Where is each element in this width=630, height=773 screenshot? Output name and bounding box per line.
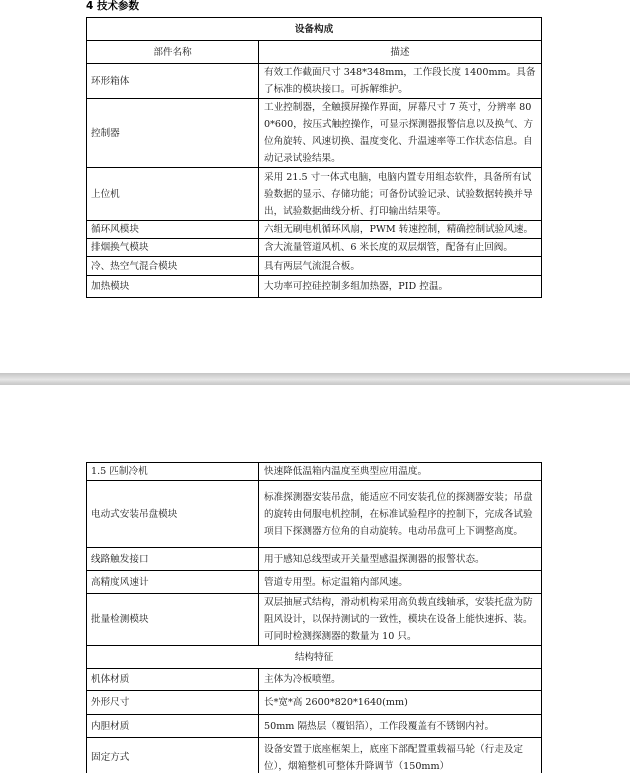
component-desc: 工业控制器，全触摸屏操作界面，屏幕尺寸 7 英寸，分辨率 800*600，按压式… [259,99,542,168]
component-desc: 含大流量管道风机、6 米长度的双层烟管，配备有止回阀。 [259,239,542,257]
table-row: 机体材质 主体为冷板喷塑。 [87,669,542,691]
component-name: 排烟换气模块 [87,239,259,257]
section-heading: 4 技术参数 [86,0,139,13]
feature-name: 固定方式 [87,738,259,773]
component-desc: 有效工作截面尺寸 348*348mm，工作段长度 1400mm。具备了标准的模块… [259,64,542,99]
component-desc: 采用 21.5 寸一体式电脑，电脑内置专用组态软件，具备所有试验数据的显示、存储… [259,168,542,221]
component-desc: 具有两层气流混合板。 [259,257,542,276]
page-separator [0,373,630,385]
table-row: 上位机 采用 21.5 寸一体式电脑，电脑内置专用组态软件，具备所有试验数据的显… [87,168,542,221]
table-row: 固定方式 设备安置于底座框架上，底座下部配置重载福马轮（行走及定位），烟箱整机可… [87,738,542,773]
feature-name: 机体材质 [87,669,259,691]
table-row: 冷、热空气混合模块 具有两层气流混合板。 [87,257,542,276]
table-row: 加热模块 大功率可控硅控制多组加热器，PID 控温。 [87,276,542,298]
column-header-row: 部件名称 描述 [87,41,542,64]
table-row: 控制器 工业控制器，全触摸屏操作界面，屏幕尺寸 7 英寸，分辨率 800*600… [87,99,542,168]
table-row: 环形箱体 有效工作截面尺寸 348*348mm，工作段长度 1400mm。具备了… [87,64,542,99]
component-name: 高精度风速计 [87,571,259,594]
table-row: 内胆材质 50mm 隔热层（覆铝箔），工作段覆盖有不锈钢内衬。 [87,715,542,738]
component-name: 加热模块 [87,276,259,298]
document-page-2: 1.5 匹制冷机 快速降低温箱内温度至典型应用温度。 电动式安装吊盘模块 标准探… [0,385,630,773]
column-header-desc: 描述 [259,41,542,64]
table-row: 1.5 匹制冷机 快速降低温箱内温度至典型应用温度。 [87,463,542,481]
table-row: 批量检测模块 双层抽屉式结构，滑动机构采用高负载直线轴承，安装托盘为防阻风设计，… [87,594,542,646]
component-name: 上位机 [87,168,259,221]
feature-name: 内胆材质 [87,715,259,738]
feature-desc: 设备安置于底座框架上，底座下部配置重载福马轮（行走及定位），烟箱整机可整体升降调… [259,738,542,773]
feature-desc: 50mm 隔热层（覆铝箔），工作段覆盖有不锈钢内衬。 [259,715,542,738]
component-desc: 双层抽屉式结构，滑动机构采用高负载直线轴承，安装托盘为防阻风设计，以保持测试的一… [259,594,542,646]
equipment-composition-table: 设备构成 部件名称 描述 环形箱体 有效工作截面尺寸 348*348mm，工作段… [86,17,542,298]
component-desc: 管道专用型。标定温箱内部风速。 [259,571,542,594]
component-name: 批量检测模块 [87,594,259,646]
structure-features-header: 结构特征 [87,646,542,669]
component-desc: 标准探测器安装吊盘，能适应不同安装孔位的探测器安装；吊盘的旋转由伺服电机控制，在… [259,481,542,548]
table-row: 线路触发接口 用于感知总线型或开关量型感温探测器的报警状态。 [87,548,542,571]
component-desc: 快速降低温箱内温度至典型应用温度。 [259,463,542,481]
component-desc: 大功率可控硅控制多组加热器，PID 控温。 [259,276,542,298]
feature-desc: 主体为冷板喷塑。 [259,669,542,691]
feature-name: 外形尺寸 [87,691,259,715]
table-row: 高精度风速计 管道专用型。标定温箱内部风速。 [87,571,542,594]
table-row: 循环风模块 六组无刷电机循环风扇，PWM 转速控制，精确控制试验风速。 [87,221,542,239]
component-name: 冷、热空气混合模块 [87,257,259,276]
feature-desc: 长*宽*高 2600*820*1640(mm) [259,691,542,715]
table-row: 排烟换气模块 含大流量管道风机、6 米长度的双层烟管，配备有止回阀。 [87,239,542,257]
equipment-composition-table-continued: 1.5 匹制冷机 快速降低温箱内温度至典型应用温度。 电动式安装吊盘模块 标准探… [86,462,542,773]
document-page-1: 4 技术参数 设备构成 部件名称 描述 环形箱体 有效工作截面尺寸 348*34… [0,0,630,373]
component-name: 环形箱体 [87,64,259,99]
component-desc: 用于感知总线型或开关量型感温探测器的报警状态。 [259,548,542,571]
component-name: 电动式安装吊盘模块 [87,481,259,548]
section-header-row: 结构特征 [87,646,542,669]
component-name: 控制器 [87,99,259,168]
component-desc: 六组无刷电机循环风扇，PWM 转速控制，精确控制试验风速。 [259,221,542,239]
table-row: 电动式安装吊盘模块 标准探测器安装吊盘，能适应不同安装孔位的探测器安装；吊盘的旋… [87,481,542,548]
component-name: 循环风模块 [87,221,259,239]
table-title: 设备构成 [87,18,542,41]
table-row: 外形尺寸 长*宽*高 2600*820*1640(mm) [87,691,542,715]
component-name: 线路触发接口 [87,548,259,571]
column-header-name: 部件名称 [87,41,259,64]
table-title-row: 设备构成 [87,18,542,41]
component-name: 1.5 匹制冷机 [87,463,259,481]
